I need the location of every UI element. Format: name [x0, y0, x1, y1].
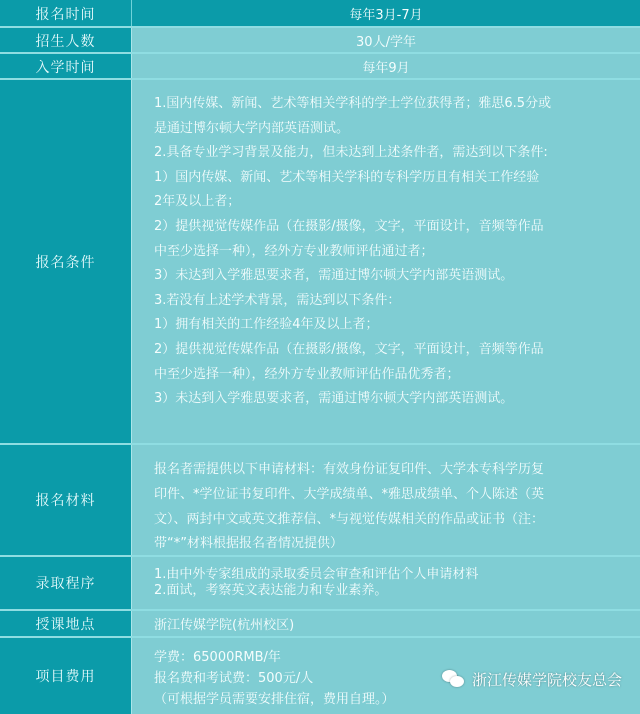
label-application-materials: 报名材料: [0, 445, 131, 555]
program-info-table: 报名时间 每年3月-7月 招生人数 30人/学年 入学时间 每年9月 报名条件 …: [0, 0, 640, 714]
label-enrollment-time: 入学时间: [0, 54, 131, 79]
value-eligibility: 1.国内传媒、新闻、艺术等相关学科的学士学位获得者；雅思6.5分或 是通过博尔顿…: [131, 80, 640, 443]
row-admission-procedure: 录取程序 1.由中外专家组成的录取委员会审查和评估个人申请材料 2.面试，考察英…: [0, 557, 640, 609]
value-application-materials: 报名者需提供以下申请材料：有效身份证复印件、大学本专科学历复 印件、*学位证书复…: [131, 445, 640, 555]
label-program-fees: 项目费用: [0, 638, 131, 714]
fee-line: （可根据学员需要安排住宿，费用自理。）: [154, 689, 620, 710]
eligibility-line: 2.具备专业学习背景及能力，但未达到上述条件者，需达到以下条件:: [154, 141, 620, 166]
label-teaching-location: 授课地点: [0, 611, 131, 636]
value-enrollment-quota: 30人/学年: [131, 28, 640, 53]
wechat-icon: [442, 670, 466, 690]
materials-line: 印件、*学位证书复印件、大学成绩单、*雅思成绩单、个人陈述（英: [154, 483, 620, 508]
watermark-text: 浙江传媒学院校友总会: [472, 669, 622, 690]
label-enrollment-quota: 招生人数: [0, 28, 131, 53]
value-teaching-location: 浙江传媒学院(杭州校区): [131, 611, 640, 636]
procedure-line: 1.由中外专家组成的录取委员会审查和评估个人申请材料: [154, 567, 620, 583]
row-enrollment-time: 入学时间 每年9月: [0, 54, 640, 79]
eligibility-line: 3）未达到入学雅思要求者，需通过博尔顿大学内部英语测试。: [154, 264, 620, 289]
materials-line: 文）、两封中文或英文推荐信、*与视觉传媒相关的作品或证书（注：: [154, 508, 620, 533]
eligibility-line: 是通过博尔顿大学内部英语测试。: [154, 117, 620, 142]
eligibility-line: 2）提供视觉传媒作品（在摄影/摄像，文字，平面设计，音频等作品: [154, 338, 620, 363]
eligibility-line: 中至少选择一种），经外方专业教师评估通过者；: [154, 240, 620, 265]
row-enrollment-quota: 招生人数 30人/学年: [0, 28, 640, 53]
eligibility-line: 中至少选择一种），经外方专业教师评估作品优秀者；: [154, 363, 620, 388]
materials-line: 报名者需提供以下申请材料：有效身份证复印件、大学本专科学历复: [154, 458, 620, 483]
fee-line: 学费：65000RMB/年: [154, 647, 620, 668]
value-enrollment-time: 每年9月: [131, 54, 640, 79]
location-text: 浙江传媒学院(杭州校区): [132, 611, 640, 636]
value-application-period: 每年3月-7月: [131, 0, 640, 27]
eligibility-line: 1）拥有相关的工作经验4年及以上者；: [154, 313, 620, 338]
row-eligibility: 报名条件 1.国内传媒、新闻、艺术等相关学科的学士学位获得者；雅思6.5分或 是…: [0, 80, 640, 443]
label-admission-procedure: 录取程序: [0, 557, 131, 609]
eligibility-line: 2）提供视觉传媒作品（在摄影/摄像，文字，平面设计，音频等作品: [154, 215, 620, 240]
row-teaching-location: 授课地点 浙江传媒学院(杭州校区): [0, 611, 640, 636]
row-application-period: 报名时间 每年3月-7月: [0, 0, 640, 27]
eligibility-line: 2年及以上者；: [154, 190, 620, 215]
eligibility-line: 3）未达到入学雅思要求者，需通过博尔顿大学内部英语测试。: [154, 387, 620, 412]
value-admission-procedure: 1.由中外专家组成的录取委员会审查和评估个人申请材料 2.面试，考察英文表达能力…: [131, 557, 640, 609]
label-application-period: 报名时间: [0, 0, 131, 27]
wechat-watermark: 浙江传媒学院校友总会: [442, 669, 622, 690]
eligibility-line: 1.国内传媒、新闻、艺术等相关学科的学士学位获得者；雅思6.5分或: [154, 92, 620, 117]
eligibility-line: 3.若没有上述学术背景，需达到以下条件：: [154, 289, 620, 314]
materials-line: 带“*”材料根据报名者情况提供）: [154, 532, 620, 557]
procedure-line: 2.面试，考察英文表达能力和专业素养。: [154, 583, 620, 599]
row-application-materials: 报名材料 报名者需提供以下申请材料：有效身份证复印件、大学本专科学历复 印件、*…: [0, 445, 640, 555]
eligibility-line: 1）国内传媒、新闻、艺术等相关学科的专科学历且有相关工作经验: [154, 166, 620, 191]
label-eligibility: 报名条件: [0, 80, 131, 443]
